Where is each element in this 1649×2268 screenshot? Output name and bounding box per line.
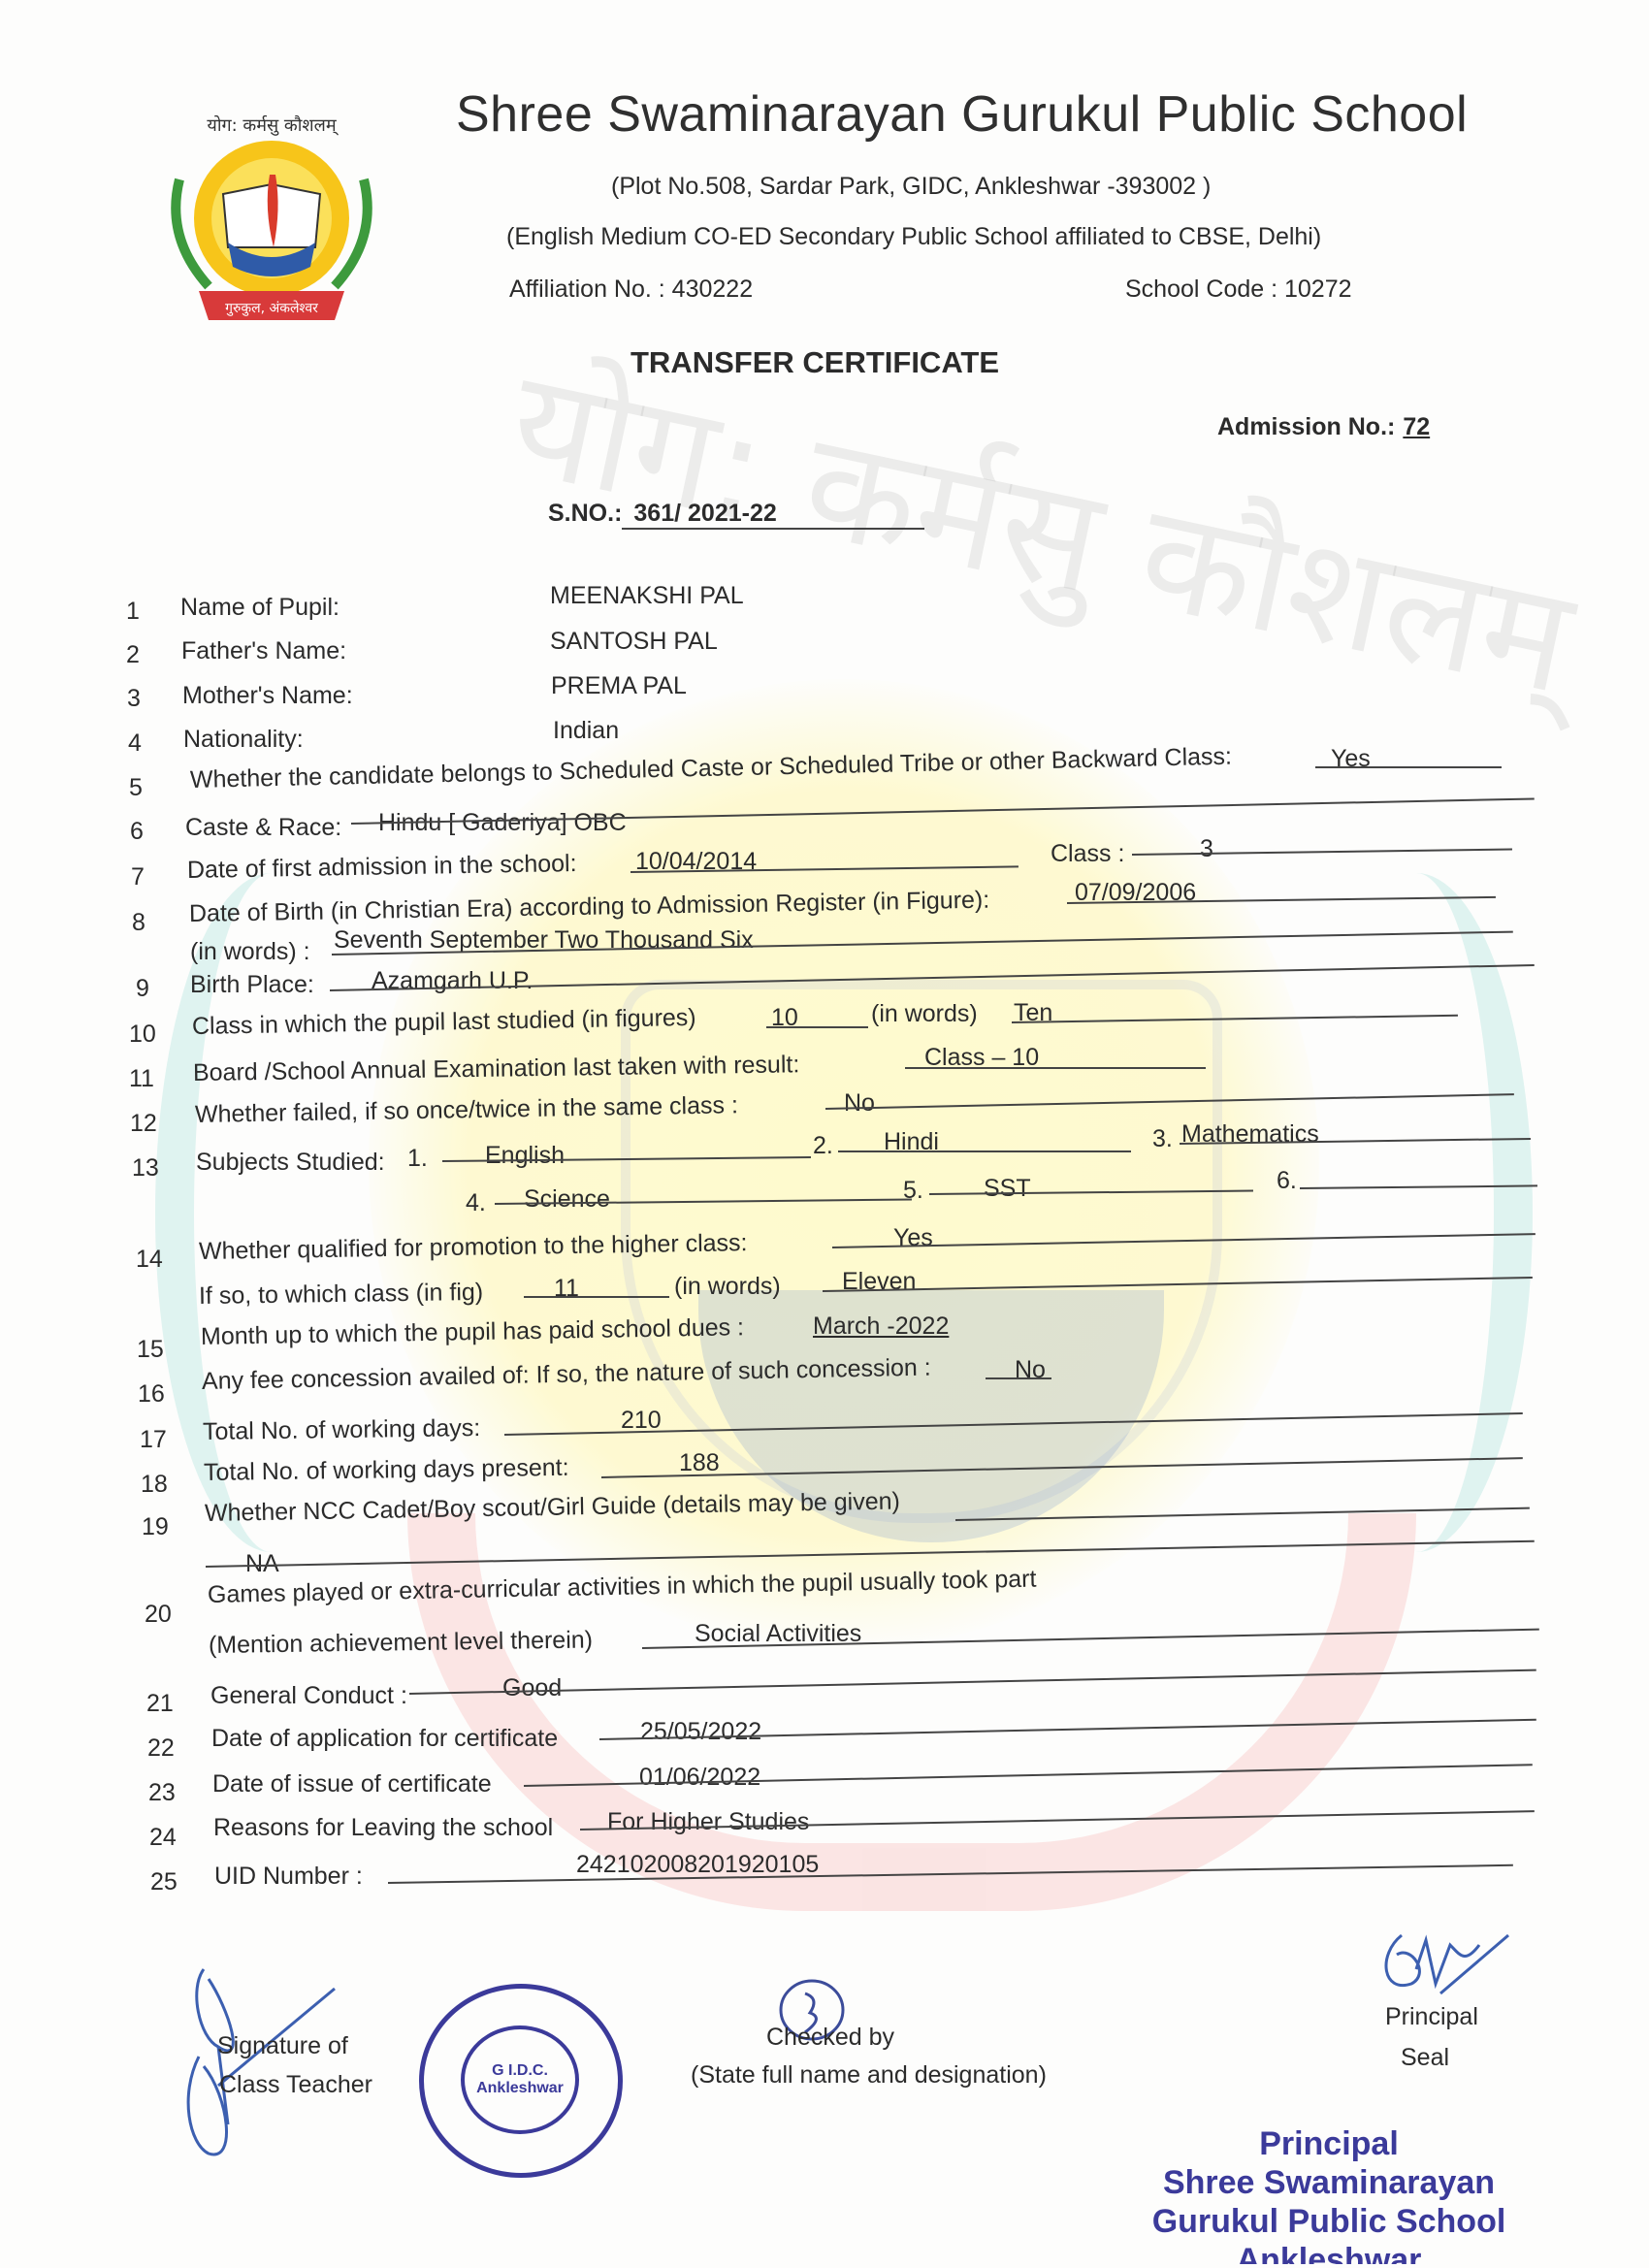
field-label-promotion: Whether qualified for promotion to the h… — [199, 1229, 748, 1266]
field-line — [206, 1540, 1535, 1568]
field-label-subjects: Subjects Studied: — [196, 1149, 385, 1177]
field-value-reason: For Higher Studies — [607, 1808, 809, 1836]
class-teacher-label-2: Class Teacher — [219, 2071, 372, 2099]
field-label-nationality: Nationality: — [183, 726, 304, 754]
class-teacher-label-1: Signature of — [217, 2032, 348, 2060]
school-logo-icon: गुरुकुल, अंकलेश्वर योग: कर्मसु कौशलम् — [155, 102, 388, 335]
field-value-conduct: Good — [502, 1674, 562, 1702]
affiliation-line: (English Medium CO-ED Secondary Public S… — [506, 223, 1321, 251]
field-number: 21 — [146, 1690, 185, 1718]
admission-value: 72 — [1403, 413, 1430, 440]
field-label-reason: Reasons for Leaving the school — [213, 1814, 553, 1842]
subject-key: 1. — [407, 1145, 428, 1173]
field-value-next-class-words: Eleven — [842, 1268, 916, 1296]
field-label-achievement: (Mention achievement level therein) — [209, 1626, 593, 1660]
field-line — [823, 1277, 1533, 1292]
field-number: 17 — [140, 1426, 178, 1454]
field-number: 18 — [141, 1471, 179, 1499]
field-number: 5 — [129, 774, 168, 802]
field-value-class: 3 — [1200, 835, 1213, 863]
field-line — [1132, 849, 1512, 856]
field-label-dob: Date of Birth (in Christian Era) accordi… — [189, 887, 990, 928]
field-label-conduct: General Conduct : — [210, 1682, 407, 1710]
field-label-failed: Whether failed, if so once/twice in the … — [195, 1091, 738, 1129]
field-number: 24 — [149, 1824, 188, 1852]
field-label-dob-words: (in words) : — [190, 938, 310, 966]
field-value-category: Yes — [1331, 745, 1371, 773]
school-code: School Code : 10272 — [1125, 275, 1352, 304]
field-value-failed: No — [844, 1089, 875, 1118]
subject-key: 6. — [1277, 1167, 1297, 1195]
field-label-name: Name of Pupil: — [180, 594, 339, 622]
field-value-nationality: Indian — [553, 717, 619, 745]
field-number: 3 — [127, 685, 166, 713]
seal-line-4: Ankleshwar — [1145, 2241, 1513, 2264]
field-line — [955, 1507, 1530, 1521]
seal-line-1: Principal — [1145, 2124, 1513, 2163]
field-label-working-days: Total No. of working days: — [203, 1414, 481, 1446]
subject-value: Science — [524, 1185, 610, 1214]
field-value-birthplace: Azamgarh U.P. — [372, 967, 533, 995]
field-line — [832, 1233, 1536, 1248]
serial-value: 361/ 2021-22 — [622, 500, 924, 530]
principal-seal-stamp: Principal Shree Swaminarayan Gurukul Pub… — [1145, 2124, 1513, 2264]
field-label-uid: UID Number : — [214, 1863, 363, 1891]
admission-label: Admission No.: — [1217, 413, 1395, 440]
field-number: 10 — [129, 1021, 168, 1049]
checked-by-hint: (State full name and designation) — [691, 2061, 1047, 2090]
field-line — [986, 1377, 1051, 1379]
field-label-admission-date: Date of first admission in the school: — [187, 850, 577, 885]
field-line — [1012, 1015, 1458, 1023]
seal-line-2: Shree Swaminarayan — [1145, 2163, 1513, 2202]
field-number: 25 — [150, 1868, 189, 1896]
field-value-application-date: 25/05/2022 — [640, 1718, 761, 1746]
class-teacher-signature-icon — [179, 1950, 364, 2173]
field-number: 12 — [130, 1110, 169, 1138]
school-address: (Plot No.508, Sardar Park, GIDC, Anklesh… — [611, 173, 1211, 201]
field-label-next-class: If so, to which class (in fig) — [199, 1279, 484, 1311]
svg-text:योग: कर्मसु कौशलम्: योग: कर्मसु कौशलम् — [207, 114, 339, 136]
field-label-application-date: Date of application for certificate — [211, 1725, 558, 1753]
svg-text:गुरुकुल, अंकलेश्वर: गुरुकुल, अंकलेश्वर — [225, 300, 318, 316]
subject-value: English — [485, 1142, 565, 1170]
field-label-dues: Month up to which the pupil has paid sch… — [201, 1313, 745, 1351]
field-number: 2 — [126, 641, 165, 669]
field-label-last-class: Class in which the pupil last studied (i… — [192, 1004, 696, 1041]
stamp-text-2: Ankleshwar — [476, 2080, 564, 2097]
field-number: 23 — [148, 1779, 187, 1807]
field-line — [838, 1150, 1131, 1152]
admission-number: Admission No.:72 — [1217, 413, 1430, 441]
field-label-concession: Any fee concession availed of: If so, th… — [202, 1354, 931, 1396]
field-number: 9 — [136, 975, 175, 1003]
field-number: 13 — [132, 1154, 171, 1183]
field-number: 1 — [126, 598, 165, 626]
field-label-caste: Caste & Race: — [185, 814, 341, 842]
seal-label: Seal — [1401, 2044, 1449, 2072]
field-line — [388, 1864, 1513, 1884]
field-number: 6 — [130, 818, 169, 846]
field-value-promotion: Yes — [893, 1224, 933, 1252]
school-stamp: G I.D.C. Ankleshwar — [419, 1984, 623, 2178]
serial-label: S.NO.: — [548, 500, 622, 527]
field-number: 22 — [147, 1734, 186, 1763]
field-line — [1300, 1184, 1537, 1189]
subject-value: SST — [984, 1175, 1031, 1203]
field-label-activities: Games played or extra-curricular activit… — [208, 1566, 1037, 1609]
field-value-father: SANTOSH PAL — [550, 628, 718, 656]
field-value-issue-date: 01/06/2022 — [639, 1764, 760, 1792]
field-label-category: Whether the candidate belongs to Schedul… — [190, 743, 1233, 794]
field-number: 8 — [132, 909, 171, 937]
field-label-ncc: Whether NCC Cadet/Boy scout/Girl Guide (… — [205, 1487, 900, 1528]
document-title: TRANSFER CERTIFICATE — [630, 345, 999, 380]
field-number: 14 — [136, 1246, 175, 1274]
watermark-leaf-right — [1300, 873, 1533, 1552]
field-line — [929, 1190, 1253, 1195]
field-line — [1315, 766, 1502, 768]
subject-key: 3. — [1152, 1125, 1173, 1153]
field-line — [905, 1067, 1206, 1069]
field-line — [409, 1669, 1536, 1695]
field-line — [766, 1026, 868, 1028]
field-label-days-present: Total No. of working days present: — [204, 1454, 569, 1487]
field-label-last-class-words: (in words) — [871, 1000, 978, 1028]
seal-line-3: Gurukul Public School — [1145, 2202, 1513, 2241]
subject-key: 2. — [813, 1132, 833, 1160]
field-value-dues: March -2022 — [813, 1312, 949, 1341]
subject-key: 4. — [466, 1189, 486, 1217]
field-value-next-class: 11 — [554, 1275, 579, 1303]
serial-number: S.NO.:361/ 2021-22 — [548, 500, 924, 530]
field-number: 4 — [128, 729, 167, 758]
field-line — [601, 1457, 1523, 1478]
field-label-next-class-words: (in words) — [674, 1273, 781, 1301]
field-value-mother: PREMA PAL — [551, 672, 687, 700]
checked-by-label: Checked by — [766, 2024, 894, 2052]
field-value-name: MEENAKSHI PAL — [550, 582, 744, 610]
subject-key: 5. — [903, 1177, 923, 1205]
field-label-exam: Board /School Annual Examination last ta… — [193, 1051, 800, 1087]
field-number: 11 — [129, 1065, 168, 1093]
school-name: Shree Swaminarayan Gurukul Public School — [456, 85, 1468, 144]
field-number: 7 — [131, 863, 170, 891]
field-label-mother: Mother's Name: — [182, 682, 353, 710]
field-label-father: Father's Name: — [181, 637, 346, 665]
principal-label: Principal — [1385, 2003, 1478, 2031]
field-value-concession: No — [1015, 1356, 1046, 1384]
field-line — [524, 1296, 669, 1298]
field-number: 19 — [142, 1513, 180, 1541]
affiliation-number: Affiliation No. : 430222 — [509, 275, 753, 304]
field-number: 20 — [145, 1601, 183, 1629]
field-number: 15 — [137, 1336, 176, 1364]
field-line — [825, 1093, 1514, 1110]
field-label-class: Class : — [1051, 840, 1124, 868]
field-label-issue-date: Date of issue of certificate — [212, 1770, 492, 1798]
field-number: 16 — [138, 1380, 177, 1409]
field-label-birthplace: Birth Place: — [190, 971, 314, 999]
stamp-text-1: G I.D.C. — [492, 2062, 548, 2080]
